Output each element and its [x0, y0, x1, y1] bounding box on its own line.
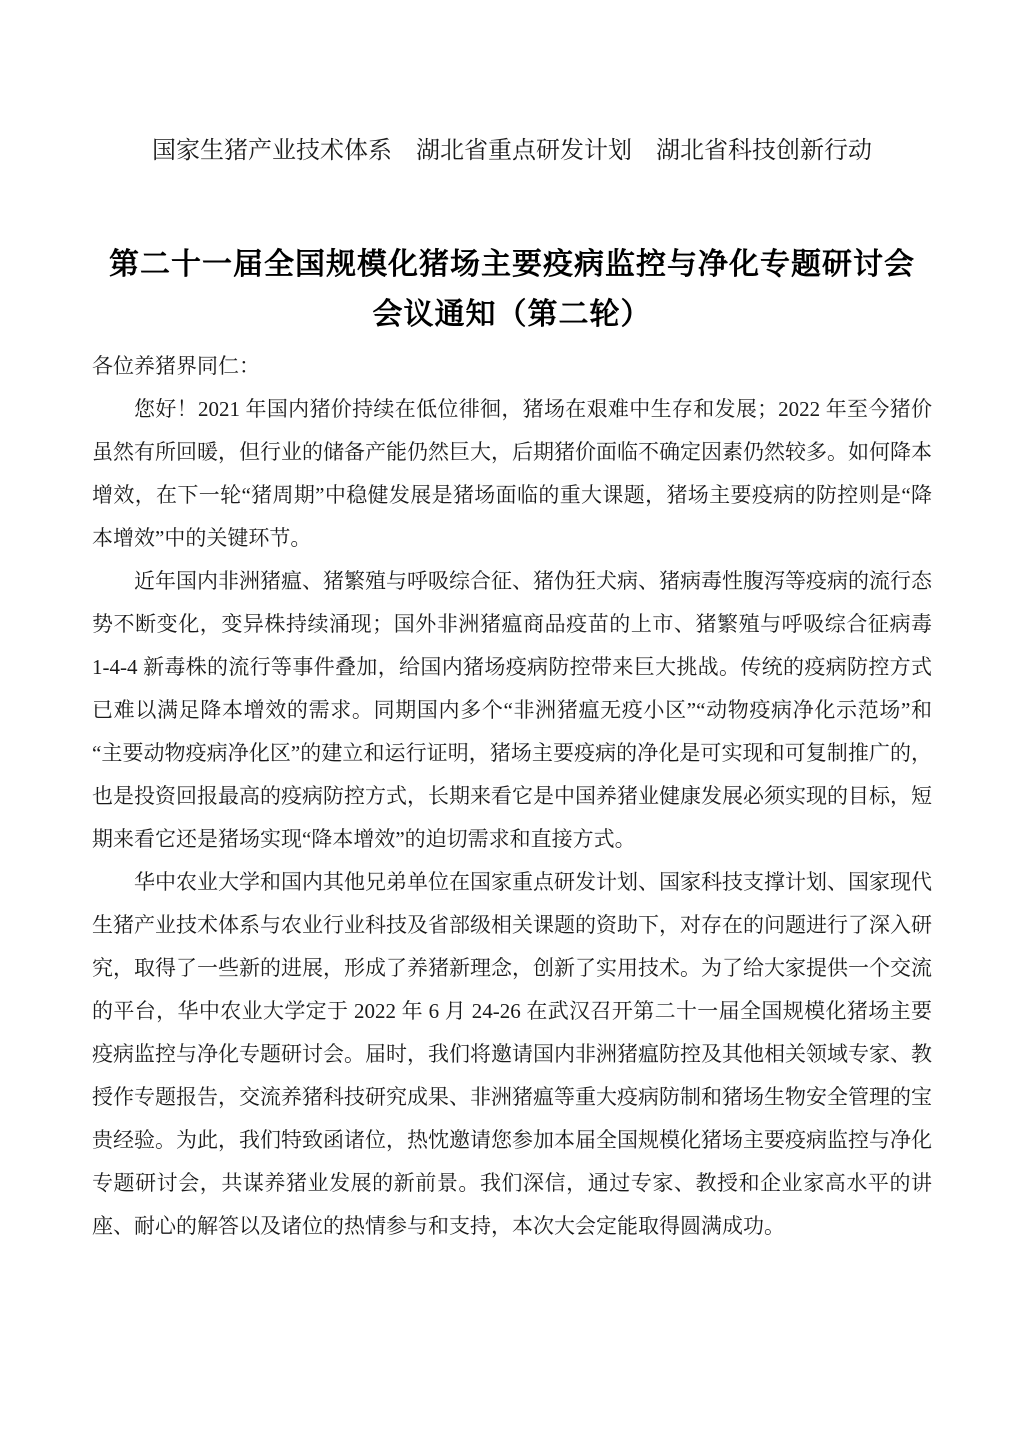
document-page: 国家生猪产业技术体系 湖北省重点研发计划 湖北省科技创新行动 第二十一届全国规模…: [0, 0, 1024, 1448]
document-title-line1: 第二十一届全国规模化猪场主要疫病监控与净化专题研讨会: [72, 240, 952, 290]
affiliation-header: 国家生猪产业技术体系 湖北省重点研发计划 湖北省科技创新行动: [92, 136, 932, 166]
document-body: 各位养猪界同仁： 您好！2021 年国内猪价持续在低位徘徊，猪场在艰难中生存和发…: [92, 345, 932, 1248]
paragraph-1: 您好！2021 年国内猪价持续在低位徘徊，猪场在艰难中生存和发展；2022 年至…: [92, 388, 932, 560]
paragraph-3: 华中农业大学和国内其他兄弟单位在国家重点研发计划、国家科技支撑计划、国家现代生猪…: [92, 861, 932, 1248]
document-title: 第二十一届全国规模化猪场主要疫病监控与净化专题研讨会 会议通知（第二轮）: [72, 240, 952, 340]
paragraph-2: 近年国内非洲猪瘟、猪繁殖与呼吸综合征、猪伪狂犬病、猪病毒性腹泻等疫病的流行态势不…: [92, 560, 932, 861]
salutation: 各位养猪界同仁：: [92, 345, 932, 388]
document-title-line2: 会议通知（第二轮）: [72, 290, 952, 340]
